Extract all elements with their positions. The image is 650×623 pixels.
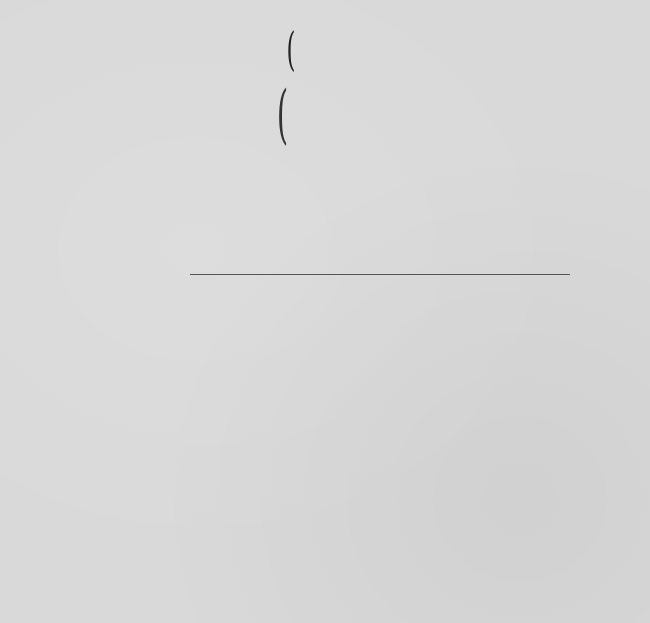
document-page: ( ( bbox=[0, 0, 650, 623]
left-brace-lower: ( bbox=[277, 78, 288, 152]
left-brace-upper: ( bbox=[286, 22, 295, 76]
name-underline bbox=[190, 274, 570, 275]
